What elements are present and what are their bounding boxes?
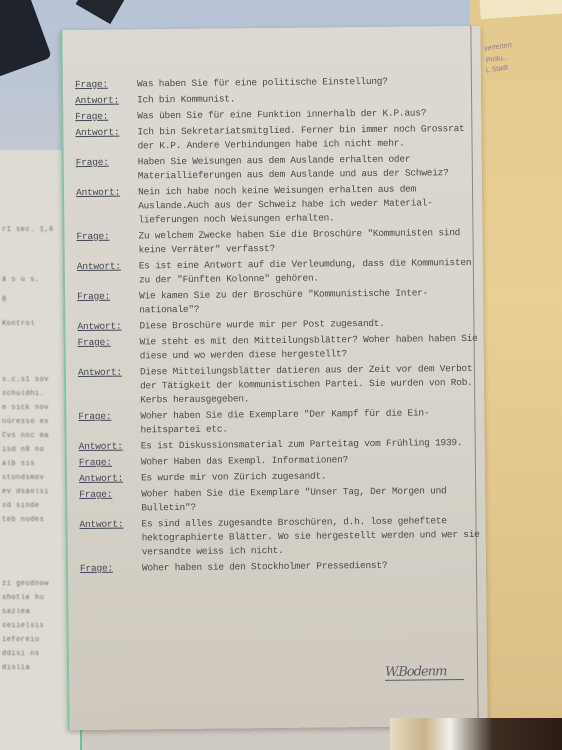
entry-text: Wie kamen Sie zu der Broschüre "Kommunis… (139, 286, 477, 318)
question-entry: Frage:Haben Sie Weisungen aus dem Auslan… (76, 152, 476, 184)
entry-label: Frage: (75, 109, 137, 124)
entry-label: Antwort: (75, 125, 137, 154)
answer-entry: Antwort:Es sind alles zugesandte Broschü… (79, 514, 479, 560)
entry-text: Es wurde mir von Zürich zugesandt. (141, 468, 479, 486)
entry-label: Frage: (79, 455, 141, 470)
qa-list: Frage:Was haben Sie für eine politische … (75, 74, 480, 578)
entry-label: Frage: (75, 77, 137, 92)
entry-text: Ich bin Kommunist. (137, 90, 475, 108)
entry-label: Frage: (76, 229, 138, 258)
entry-label: Antwort: (75, 93, 137, 108)
entry-label: Antwort: (77, 319, 139, 334)
question-entry: Frage:Woher Haben das Exempl. Informatio… (79, 452, 479, 470)
question-entry: Frage:Wie steht es mit den Mitteilungsbl… (78, 332, 478, 364)
question-entry: Frage:Was üben Sie für eine Funktion inn… (75, 106, 475, 124)
margin-note: Prüfu... (486, 54, 509, 64)
entry-text: Was haben Sie für eine politische Einste… (137, 74, 475, 92)
answer-entry: Antwort:Nein ich habe noch keine Weisung… (76, 182, 476, 228)
entry-text: Woher haben Sie die Exemplare "Der Kampf… (140, 406, 478, 438)
entry-text: Es ist Diskussionsmaterial zum Parteitag… (141, 436, 479, 454)
entry-label: Antwort: (76, 185, 138, 228)
margin-note: L.Stadt (486, 64, 509, 74)
entry-text: Woher haben Sie die Exemplare "Unser Tag… (141, 484, 479, 516)
entry-text: Haben Sie Weisungen aus dem Auslande erh… (138, 152, 476, 184)
entry-text: Nein ich habe noch keine Weisungen erhal… (138, 182, 476, 228)
paper-stack-bottom (390, 718, 562, 750)
entry-text: Es ist eine Antwort auf die Verleumdung,… (139, 256, 477, 288)
entry-label: Frage: (76, 155, 138, 184)
entry-text: Was üben Sie für eine Funktion innerhalb… (137, 106, 475, 124)
entry-text: Diese Mitteilungsblätter datieren aus de… (140, 362, 478, 408)
question-entry: Frage:Zu welchem Zwecke haben Sie die Br… (76, 226, 476, 258)
entry-label: Antwort: (79, 439, 141, 454)
answer-entry: Antwort:Diese Broschüre wurde mir per Po… (77, 316, 477, 334)
answer-entry: Antwort:Ich bin Sekretariatsmitglied. Fe… (75, 122, 475, 154)
margin-note: verfertert (484, 42, 513, 53)
entry-text: Ich bin Sekretariatsmitglied. Ferner bin… (137, 122, 475, 154)
entry-text: Woher Haben das Exempl. Informationen? (141, 452, 479, 470)
typed-page: Frage:Was haben Sie für eine politische … (60, 26, 487, 730)
question-entry: Frage:Woher haben Sie die Exemplare "Uns… (79, 484, 479, 516)
paper-card (479, 0, 562, 19)
entry-label: Antwort: (79, 517, 141, 560)
entry-text: Zu welchem Zwecke haben Sie die Broschür… (138, 226, 476, 258)
question-entry: Frage:Was haben Sie für eine politische … (75, 74, 475, 92)
entry-label: Frage: (79, 487, 141, 516)
answer-entry: Antwort:Diese Mitteilungsblätter datiere… (78, 362, 478, 408)
question-entry: Frage:Woher haben Sie die Exemplare "Der… (78, 406, 478, 438)
signature: W.Bodenm (385, 664, 464, 681)
entry-label: Frage: (80, 561, 142, 576)
entry-label: Antwort: (77, 259, 139, 288)
answer-entry: Antwort:Es wurde mir von Zürich zugesand… (79, 468, 479, 486)
entry-label: Antwort: (78, 365, 140, 408)
question-entry: Frage:Wie kamen Sie zu der Broschüre "Ko… (77, 286, 477, 318)
entry-label: Antwort: (79, 471, 141, 486)
entry-label: Frage: (77, 289, 139, 318)
entry-text: Wie steht es mit den Mitteilungsblätter?… (140, 332, 478, 364)
entry-text: Woher haben sie den Stockholmer Pressedi… (142, 558, 480, 576)
entry-text: Diese Broschüre wurde mir per Post zuges… (139, 316, 477, 334)
answer-entry: Antwort:Es ist eine Antwort auf die Verl… (77, 256, 477, 288)
entry-label: Frage: (78, 335, 140, 364)
answer-entry: Antwort:Ich bin Kommunist. (75, 90, 475, 108)
entry-label: Frage: (78, 409, 140, 438)
entry-text: Es sind alles zugesandte Broschüren, d.h… (141, 514, 479, 560)
answer-entry: Antwort:Es ist Diskussionsmaterial zum P… (79, 436, 479, 454)
question-entry: Frage:Woher haben sie den Stockholmer Pr… (80, 558, 480, 576)
